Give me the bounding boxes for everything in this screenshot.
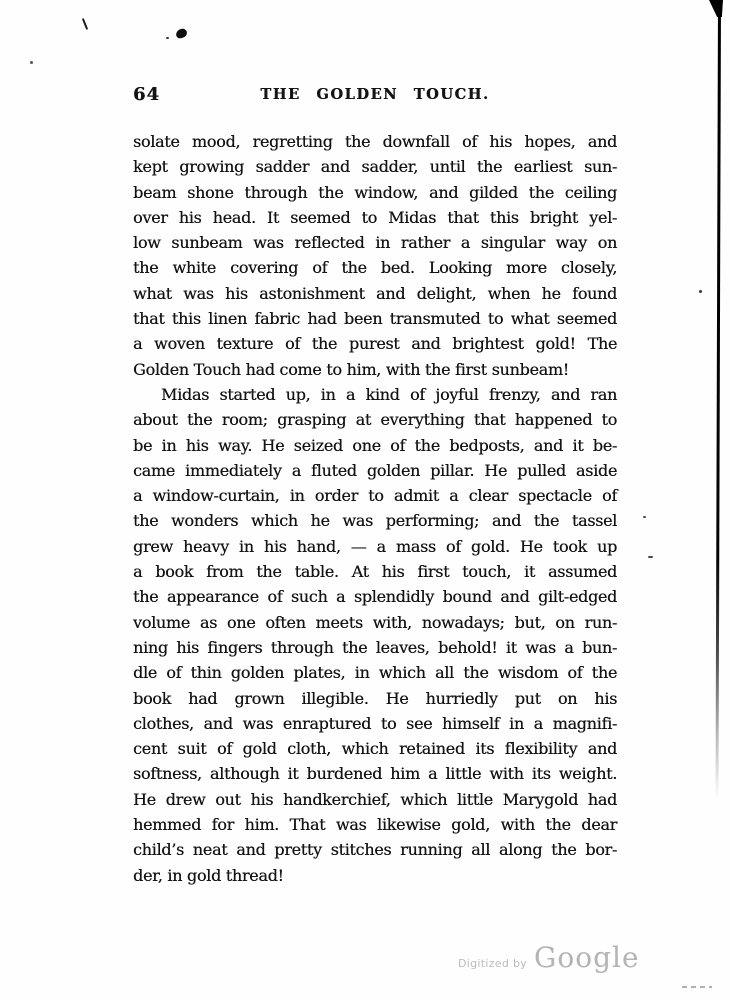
text-line: that this linen fabric had been transmut… <box>133 306 617 331</box>
digitized-by-label: Digitized by <box>458 957 527 970</box>
text-line: ning his fingers through the leaves, beh… <box>133 635 617 660</box>
text-line: a book from the table. At his first touc… <box>133 559 617 584</box>
text-line: kept growing sadder and sadder, until th… <box>133 154 617 179</box>
google-logo: Google <box>534 941 640 974</box>
ink-mark-dash <box>648 556 653 558</box>
text-line: dle of thin golden plates, in which all … <box>133 660 617 685</box>
text-line: Midas started up, in a kind of joyful fr… <box>133 382 617 407</box>
text-line: over his head. It seemed to Midas that t… <box>133 205 617 230</box>
running-title: THE GOLDEN TOUCH. <box>133 86 617 103</box>
text-line: softness, although it burdened him a lit… <box>133 761 617 786</box>
text-line: the wonders which he was performing; and… <box>133 508 617 533</box>
page-gutter-line <box>715 0 721 800</box>
text-line: hemmed for him. That was likewise gold, … <box>133 812 617 837</box>
text-line: the white covering of the bed. Looking m… <box>133 255 617 280</box>
text-line: solate mood, regretting the downfall of … <box>133 129 617 154</box>
text-line: the appearance of such a splendidly boun… <box>133 584 617 609</box>
page-text: solate mood, regretting the downfall of … <box>133 129 617 888</box>
digitized-by-watermark: Digitized by Google <box>458 941 640 974</box>
text-line: child’s neat and pretty stitches running… <box>133 837 617 862</box>
ink-mark-dot <box>166 37 169 39</box>
text-line: der, in gold thread! <box>133 863 617 888</box>
ink-mark-dot <box>643 516 646 518</box>
text-line: grew heavy in his hand, — a mass of gold… <box>133 534 617 559</box>
text-line: He drew out his handkerchief, which litt… <box>133 787 617 812</box>
text-line: clothes, and was enraptured to see himse… <box>133 711 617 736</box>
running-header: 64 THE GOLDEN TOUCH. <box>133 84 617 106</box>
text-line: what was his astonishment and delight, w… <box>133 281 617 306</box>
ink-mark-blob <box>175 28 188 39</box>
ink-mark-slash <box>82 18 88 30</box>
text-line: low sunbeam was reflected in rather a si… <box>133 230 617 255</box>
text-line: volume as one often meets with, nowadays… <box>133 610 617 635</box>
text-line: a woven texture of the purest and bright… <box>133 331 617 356</box>
ink-mark-dot <box>30 61 33 64</box>
text-line: book had grown illegible. He hurriedly p… <box>133 686 617 711</box>
text-line: came immediately a fluted golden pillar.… <box>133 458 617 483</box>
book-page-scan: 64 THE GOLDEN TOUCH. solate mood, regret… <box>0 0 731 1000</box>
text-line: a window-curtain, in order to admit a cl… <box>133 483 617 508</box>
ink-mark-dot <box>699 290 702 293</box>
text-line: beam shone through the window, and gilde… <box>133 180 617 205</box>
text-line: cent suit of gold cloth, which retained … <box>133 736 617 761</box>
text-line: Golden Touch had come to him, with the f… <box>133 357 617 382</box>
text-line: be in his way. He seized one of the bedp… <box>133 433 617 458</box>
text-line: about the room; grasping at everything t… <box>133 407 617 432</box>
scan-artifact-dashes <box>682 986 712 988</box>
